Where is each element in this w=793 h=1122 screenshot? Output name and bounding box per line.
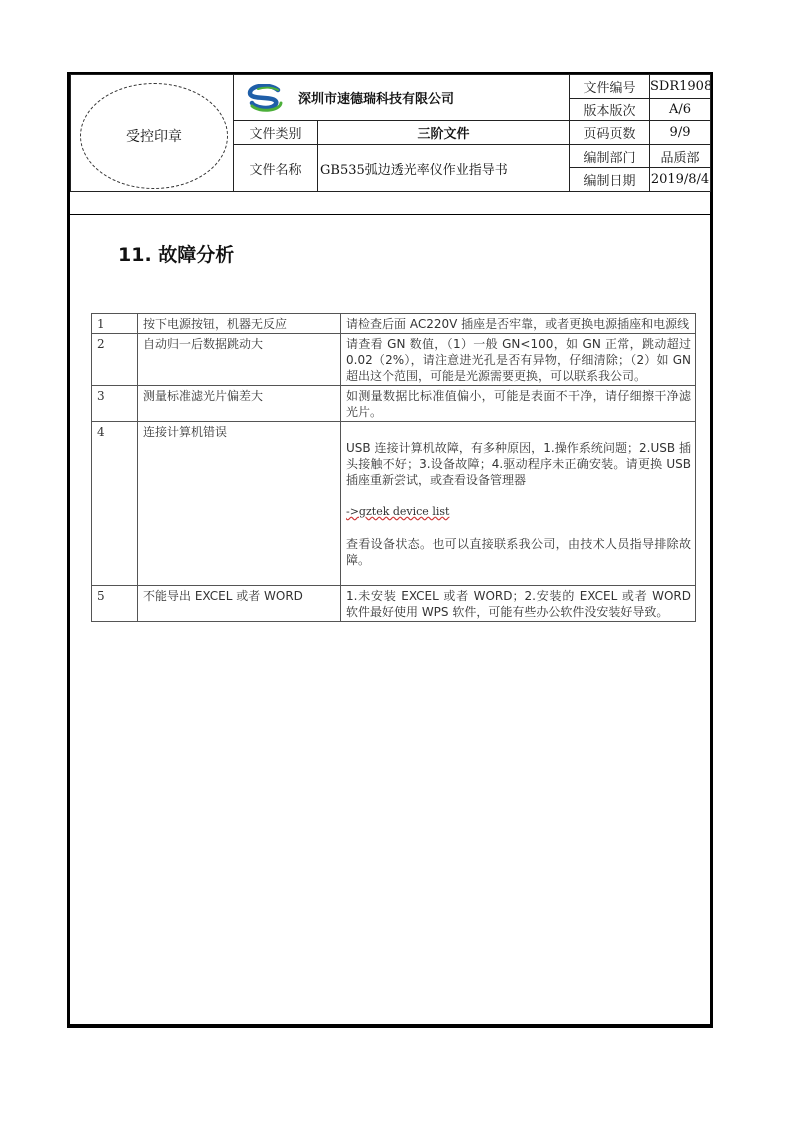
device-path-text: ->gztek device list xyxy=(346,505,449,518)
field-label-doc-number: 文件编号 xyxy=(570,75,650,99)
fault-problem: 连接计算机错误 xyxy=(138,422,341,586)
fault-solution: 如测量数据比标准值偏小，可能是表面不干净，请仔细擦干净滤光片。 xyxy=(341,386,696,422)
table-row: 4 连接计算机错误 USB 连接计算机故障，有多种原因，1.操作系统问题；2.U… xyxy=(92,422,696,586)
controlled-stamp-cell: 受控印章 xyxy=(71,75,234,192)
field-label-date: 编制日期 xyxy=(570,168,650,192)
fault-solution: 请检查后面 AC220V 插座是否牢靠，或者更换电源插座和电源线 xyxy=(341,314,696,334)
table-row: 1 按下电源按钮，机器无反应 请检查后面 AC220V 插座是否牢靠，或者更换电… xyxy=(92,314,696,334)
company-name: 深圳市速德瑞科技有限公司 xyxy=(298,88,454,107)
company-cell: 深圳市速德瑞科技有限公司 xyxy=(234,75,570,121)
doc-name-label: 文件名称 xyxy=(234,145,318,192)
table-row: 3 测量标准滤光片偏差大 如测量数据比标准值偏小，可能是表面不干净，请仔细擦干净… xyxy=(92,386,696,422)
fault-number: 3 xyxy=(92,386,138,422)
field-value-page: 9/9 xyxy=(650,121,711,145)
document-header-table: 受控印章 深圳市速德瑞科技有限公司 文件编号 SDR1908A6 版本版次 A/… xyxy=(70,74,711,192)
controlled-stamp: 受控印章 xyxy=(80,83,228,189)
field-value-doc-number: SDR1908A6 xyxy=(650,75,711,99)
fault-solution: USB 连接计算机故障，有多种原因，1.操作系统问题；2.USB 插头接触不好；… xyxy=(346,440,691,488)
doc-name-value: GB535弧边透光率仪作业指导书 xyxy=(318,145,570,192)
fault-number: 5 xyxy=(92,586,138,622)
table-row: 5 不能导出 EXCEL 或者 WORD 1.未安装 EXCEL 或者 WORD… xyxy=(92,586,696,622)
field-label-department: 编制部门 xyxy=(570,145,650,168)
fault-number: 2 xyxy=(92,334,138,386)
fault-solution: 1.未安装 EXCEL 或者 WORD；2.安装的 EXCEL 或者 WORD … xyxy=(341,586,696,622)
company-logo-icon xyxy=(244,84,286,112)
header-spacer-row xyxy=(70,194,710,215)
field-label-page: 页码页数 xyxy=(570,121,650,145)
field-label-version: 版本版次 xyxy=(570,99,650,121)
field-value-date: 2019/8/4 xyxy=(650,168,711,192)
field-value-department: 品质部 xyxy=(650,145,711,168)
fault-analysis-table: 1 按下电源按钮，机器无反应 请检查后面 AC220V 插座是否牢靠，或者更换电… xyxy=(91,313,696,622)
fault-problem: 测量标准滤光片偏差大 xyxy=(138,386,341,422)
fault-problem: 按下电源按钮，机器无反应 xyxy=(138,314,341,334)
fault-number: 4 xyxy=(92,422,138,586)
fault-problem: 不能导出 EXCEL 或者 WORD xyxy=(138,586,341,622)
doc-category-value: 三阶文件 xyxy=(318,121,570,145)
table-row: 2 自动归一后数据跳动大 请查看 GN 数值，（1）一般 GN<100，如 GN… xyxy=(92,334,696,386)
fault-solution: 请查看 GN 数值，（1）一般 GN<100，如 GN 正常，跳动超过 0.02… xyxy=(341,334,696,386)
doc-category-label: 文件类别 xyxy=(234,121,318,145)
fault-solution-tail: 查看设备状态。也可以直接联系我公司，由技术人员指导排除故障。 xyxy=(346,536,691,568)
fault-solution-cell: USB 连接计算机故障，有多种原因，1.操作系统问题；2.USB 插头接触不好；… xyxy=(341,422,696,586)
stamp-label: 受控印章 xyxy=(126,126,182,146)
device-path: ->gztek device list xyxy=(346,504,691,520)
fault-problem: 自动归一后数据跳动大 xyxy=(138,334,341,386)
fault-number: 1 xyxy=(92,314,138,334)
section-title: 11. 故障分析 xyxy=(118,240,234,267)
field-value-version: A/6 xyxy=(650,99,711,121)
